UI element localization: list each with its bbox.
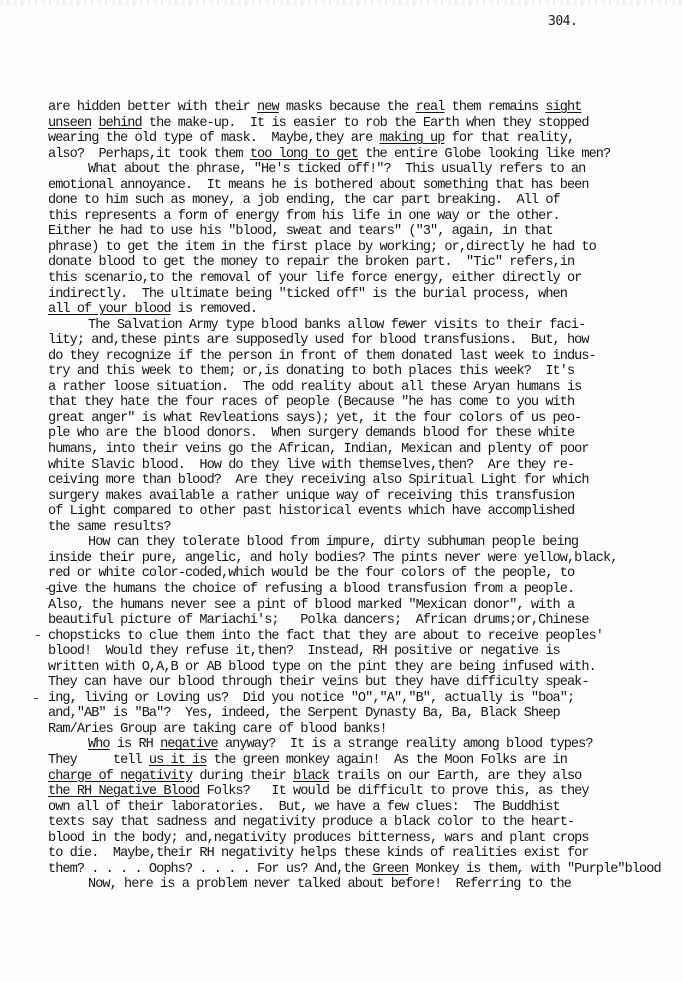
underlined-text: charge of negativity	[48, 769, 192, 784]
margin-mark: -	[32, 691, 40, 706]
text-line: Who is RH negative anyway? It is a stran…	[48, 737, 661, 753]
text-run: great anger" is what Revleations says); …	[48, 411, 581, 426]
underlined-text: us it is	[149, 753, 207, 768]
text-line: give the humans the choice of refusing a…	[48, 582, 661, 598]
text-line: Ram/Aries Group are taking care of blood…	[48, 722, 661, 738]
text-run: the make-up. It is easier to rob the Ear…	[142, 116, 589, 131]
scan-edge-noise	[0, 0, 683, 6]
underlined-text: new	[257, 100, 279, 115]
underlined-text: all of your blood	[48, 302, 171, 317]
text-line: try and this week to them; or,is donatin…	[48, 364, 661, 380]
text-run: give the humans the choice of refusing a…	[48, 582, 574, 597]
text-line: chopsticks to clue them into the fact th…	[48, 629, 661, 645]
text-run: Ram/Aries Group are taking care of blood…	[48, 722, 387, 737]
text-line: blood! Would they refuse it,then? Instea…	[48, 644, 661, 660]
underlined-text: making up	[380, 131, 445, 146]
text-line: phrase) to get the item in the first pla…	[48, 240, 661, 256]
text-line: Either he had to use his "blood, sweat a…	[48, 224, 661, 240]
text-line: donate blood to get the money to repair …	[48, 255, 661, 271]
text-line: great anger" is what Revleations says); …	[48, 411, 661, 427]
text-run: the green monkey again! As the Moon Folk…	[207, 753, 567, 768]
text-line: that they hate the four races of people …	[48, 395, 661, 411]
text-run: indirectly. The ultimate being "ticked o…	[48, 287, 567, 302]
text-run: is RH	[110, 737, 160, 752]
text-run: Monkey is them, with "Purple"blood	[408, 862, 660, 877]
text-run: white Slavic blood. How do they live wit…	[48, 458, 574, 473]
text-line: and,"AB" is "Ba"? Yes, indeed, the Serpe…	[48, 706, 661, 722]
text-line: Also, the humans never see a pint of blo…	[48, 598, 661, 614]
underlined-text: real	[416, 100, 445, 115]
text-run: ceiving more than blood? Are they receiv…	[48, 473, 589, 488]
underlined-text: too long to get	[250, 147, 358, 162]
text-run: humans, into their veins go the African,…	[48, 442, 589, 457]
text-line: do they recognize if the person in front…	[48, 349, 661, 365]
text-run: masks because the	[279, 100, 416, 115]
text-run: trails on our Earth, are they also	[329, 769, 581, 784]
text-run: inside their pure, angelic, and holy bod…	[48, 551, 617, 566]
text-run: are hidden better with their	[48, 100, 257, 115]
text-run: this represents a form of energy from hi…	[48, 209, 560, 224]
underlined-text: Green	[372, 862, 408, 877]
text-run: do they recognize if the person in front…	[48, 349, 596, 364]
text-line: this represents a form of energy from hi…	[48, 209, 661, 225]
text-line: are hidden better with their new masks b…	[48, 100, 661, 116]
text-run: ing, living or Loving us? Did you notice…	[48, 691, 574, 706]
body-text: are hidden better with their new masks b…	[48, 100, 661, 893]
text-run: that they hate the four races of people …	[48, 395, 574, 410]
text-run: ple who are the blood donors. When surge…	[48, 426, 574, 441]
text-line: indirectly. The ultimate being "ticked o…	[48, 287, 661, 303]
text-run: of Light compared to other past historic…	[48, 504, 574, 519]
text-run: donate blood to get the money to repair …	[48, 255, 574, 270]
text-run: red or white color-coded,which would be …	[48, 566, 574, 581]
text-run: emotional annoyance. It means he is both…	[48, 178, 589, 193]
text-run: lity; and,these pints are supposedly use…	[48, 333, 589, 348]
text-run: beautiful picture of Mariachi's; Polka d…	[48, 613, 589, 628]
text-line: the RH Negative Blood Folks? It would be…	[48, 784, 661, 800]
text-run: is removed.	[171, 302, 258, 317]
document-page: 304. are hidden better with their new ma…	[0, 0, 683, 982]
underlined-text: sight	[545, 100, 581, 115]
text-run: try and this week to them; or,is donatin…	[48, 364, 574, 379]
underlined-text: negative	[160, 737, 218, 752]
text-line: ceiving more than blood? Are they receiv…	[48, 473, 661, 489]
text-line: written with O,A,B or AB blood type on t…	[48, 660, 661, 676]
text-line: red or white color-coded,which would be …	[48, 566, 661, 582]
text-line: How can they tolerate blood from impure,…	[48, 535, 661, 551]
text-line: What about the phrase, "He's ticked off!…	[48, 162, 661, 178]
underlined-text: the RH Negative Blood	[48, 784, 199, 799]
text-run: anyway? It is a strange reality among bl…	[218, 737, 593, 752]
text-line: a rather loose situation. The odd realit…	[48, 380, 661, 396]
text-line: done to him such as money, a job ending,…	[48, 193, 661, 209]
text-run: Also, the humans never see a pint of blo…	[48, 598, 574, 613]
text-run: done to him such as money, a job ending,…	[48, 193, 560, 208]
text-line: charge of negativity during their black …	[48, 769, 661, 785]
text-line: this scenario,to the removal of your lif…	[48, 271, 661, 287]
text-line: to die. Maybe,their RH negativity helps …	[48, 846, 661, 862]
text-run: the same results?	[48, 520, 171, 535]
text-line: emotional annoyance. It means he is both…	[48, 178, 661, 194]
text-run: a rather loose situation. The odd realit…	[48, 380, 581, 395]
underlined-text: black	[293, 769, 329, 784]
text-line: ing, living or Loving us? Did you notice…	[48, 691, 661, 707]
text-run: this scenario,to the removal of your lif…	[48, 271, 581, 286]
text-line: texts say that sadness and negativity pr…	[48, 815, 661, 831]
text-line: white Slavic blood. How do they live wit…	[48, 458, 661, 474]
margin-mark: -	[44, 581, 52, 596]
underlined-text: behind	[98, 116, 141, 131]
text-run: wearing the old type of mask. Maybe,they…	[48, 131, 380, 146]
text-run: chopsticks to clue them into the fact th…	[48, 629, 603, 644]
text-run: blood! Would they refuse it,then? Instea…	[48, 644, 560, 659]
text-run: surgery makes available a rather unique …	[48, 489, 574, 504]
text-line: all of your blood is removed.	[48, 302, 661, 318]
text-run: The Salvation Army type blood banks allo…	[88, 318, 585, 333]
text-run: What about the phrase, "He's ticked off!…	[88, 162, 585, 177]
text-line: surgery makes available a rather unique …	[48, 489, 661, 505]
text-run: also? Perhaps,it took them	[48, 147, 250, 162]
text-run: to die. Maybe,their RH negativity helps …	[48, 846, 589, 861]
text-run: them remains	[444, 100, 545, 115]
text-line: They can have our blood through their ve…	[48, 675, 661, 691]
text-run: They tell	[48, 753, 149, 768]
text-run: Either he had to use his "blood, sweat a…	[48, 224, 553, 239]
text-line: inside their pure, angelic, and holy bod…	[48, 551, 661, 567]
text-line: unseen behind the make-up. It is easier …	[48, 116, 661, 132]
text-run: during their	[192, 769, 293, 784]
text-line: humans, into their veins go the African,…	[48, 442, 661, 458]
text-run: blood in the body; and,negativity produc…	[48, 831, 589, 846]
text-run: Now, here is a problem never talked abou…	[88, 877, 571, 892]
text-run: How can they tolerate blood from impure,…	[88, 535, 578, 550]
text-line: beautiful picture of Mariachi's; Polka d…	[48, 613, 661, 629]
text-line: blood in the body; and,negativity produc…	[48, 831, 661, 847]
text-run: texts say that sadness and negativity pr…	[48, 815, 574, 830]
underlined-text: unseen	[48, 116, 91, 131]
text-run: Folks? It would be difficult to prove th…	[199, 784, 588, 799]
text-line: the same results?	[48, 520, 661, 536]
text-line: also? Perhaps,it took them too long to g…	[48, 147, 661, 163]
text-run: own all of their laboratories. But, we h…	[48, 800, 560, 815]
text-line: ple who are the blood donors. When surge…	[48, 426, 661, 442]
text-run: them? . . . . Oophs? . . . . For us? And…	[48, 862, 372, 877]
text-line: wearing the old type of mask. Maybe,they…	[48, 131, 661, 147]
text-run: for that reality,	[444, 131, 574, 146]
text-line: own all of their laboratories. But, we h…	[48, 800, 661, 816]
text-line: Now, here is a problem never talked abou…	[48, 877, 661, 893]
margin-mark: -	[34, 628, 42, 643]
page-number: 304.	[548, 14, 577, 29]
underlined-text: Who	[88, 737, 110, 752]
text-line: lity; and,these pints are supposedly use…	[48, 333, 661, 349]
text-line: The Salvation Army type blood banks allo…	[48, 318, 661, 334]
text-line: They tell us it is the green monkey agai…	[48, 753, 661, 769]
text-run: phrase) to get the item in the first pla…	[48, 240, 596, 255]
text-line: them? . . . . Oophs? . . . . For us? And…	[48, 862, 661, 878]
text-run: and,"AB" is "Ba"? Yes, indeed, the Serpe…	[48, 706, 560, 721]
text-run: They can have our blood through their ve…	[48, 675, 589, 690]
text-run: written with O,A,B or AB blood type on t…	[48, 660, 596, 675]
text-run: the entire Globe looking like men?	[358, 147, 610, 162]
text-line: of Light compared to other past historic…	[48, 504, 661, 520]
